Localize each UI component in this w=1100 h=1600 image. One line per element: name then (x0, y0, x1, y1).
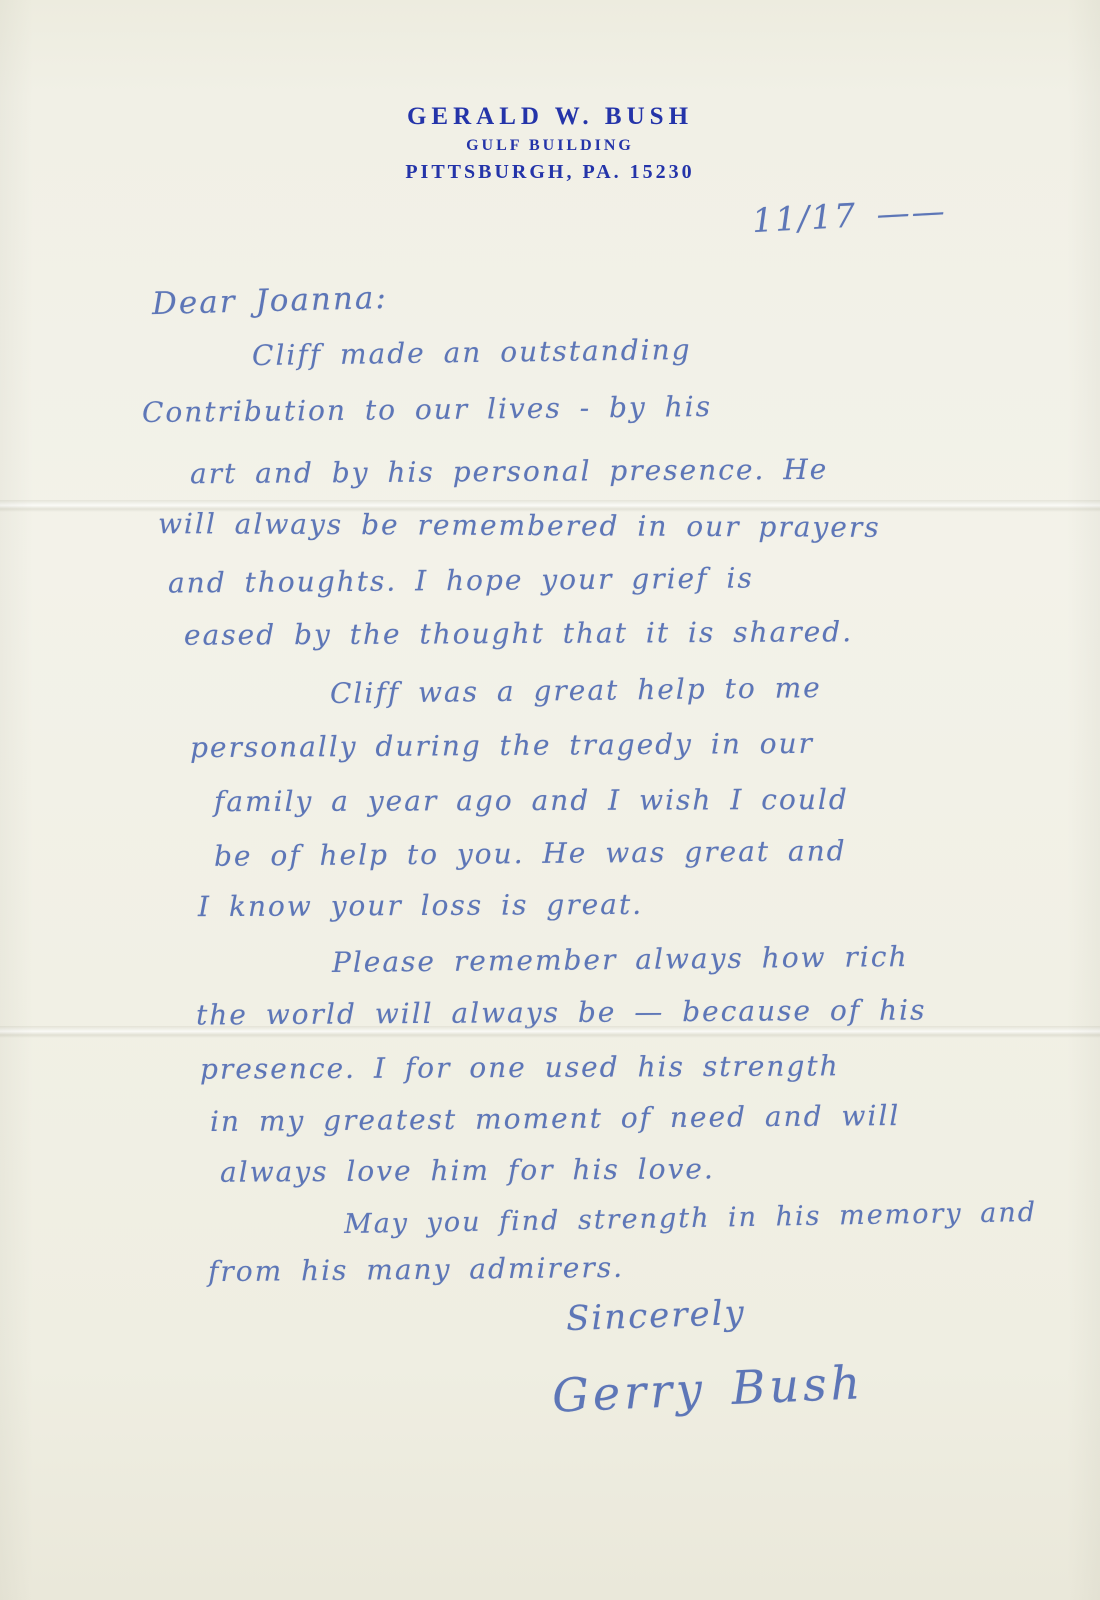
letter-line: art and by his personal presence. He (190, 453, 828, 490)
letter-line: always love him for his love. (220, 1152, 715, 1188)
letter-line: Contribution to our lives - by his (142, 390, 712, 429)
letter-line: be of help to you. He was great and (214, 834, 847, 873)
letterhead-name: GERALD W. BUSH (0, 104, 1100, 129)
letterhead-building: GULF BUILDING (0, 138, 1100, 154)
letter-line: in my greatest moment of need and will (210, 1099, 901, 1138)
letter-line: May you find strength in his memory and (344, 1197, 1037, 1240)
letterhead-city: PITTSBURGH, PA. 15230 (0, 162, 1100, 182)
letter-line: family a year ago and I wish I could (214, 783, 849, 818)
letter-line: will always be remembered in our prayers (158, 507, 881, 544)
salutation: Dear Joanna: (152, 280, 389, 322)
letter-line: Cliff was a great help to me (330, 671, 822, 710)
letter-line: from his many admirers. (208, 1251, 624, 1288)
letter-line: Please remember always how rich (332, 940, 909, 979)
letter-line: I know your loss is great. (198, 888, 643, 923)
letterhead: GERALD W. BUSH GULF BUILDING PITTSBURGH,… (0, 104, 1100, 182)
closing: Sincerely (565, 1293, 746, 1339)
letter-page: GERALD W. BUSH GULF BUILDING PITTSBURGH,… (0, 0, 1100, 1600)
letter-line: the world will always be — because of hi… (196, 993, 927, 1031)
letter-line: personally during the tragedy in our (190, 727, 814, 764)
letter-line: and thoughts. I hope your grief is (168, 561, 754, 599)
handwritten-date: 11/17 —— (751, 191, 947, 240)
signature: Gerry Bush (551, 1355, 865, 1423)
letter-line: eased by the thought that it is shared. (184, 615, 853, 652)
letter-line: presence. I for one used his strength (200, 1049, 840, 1085)
letter-line: Cliff made an outstanding (252, 333, 692, 372)
